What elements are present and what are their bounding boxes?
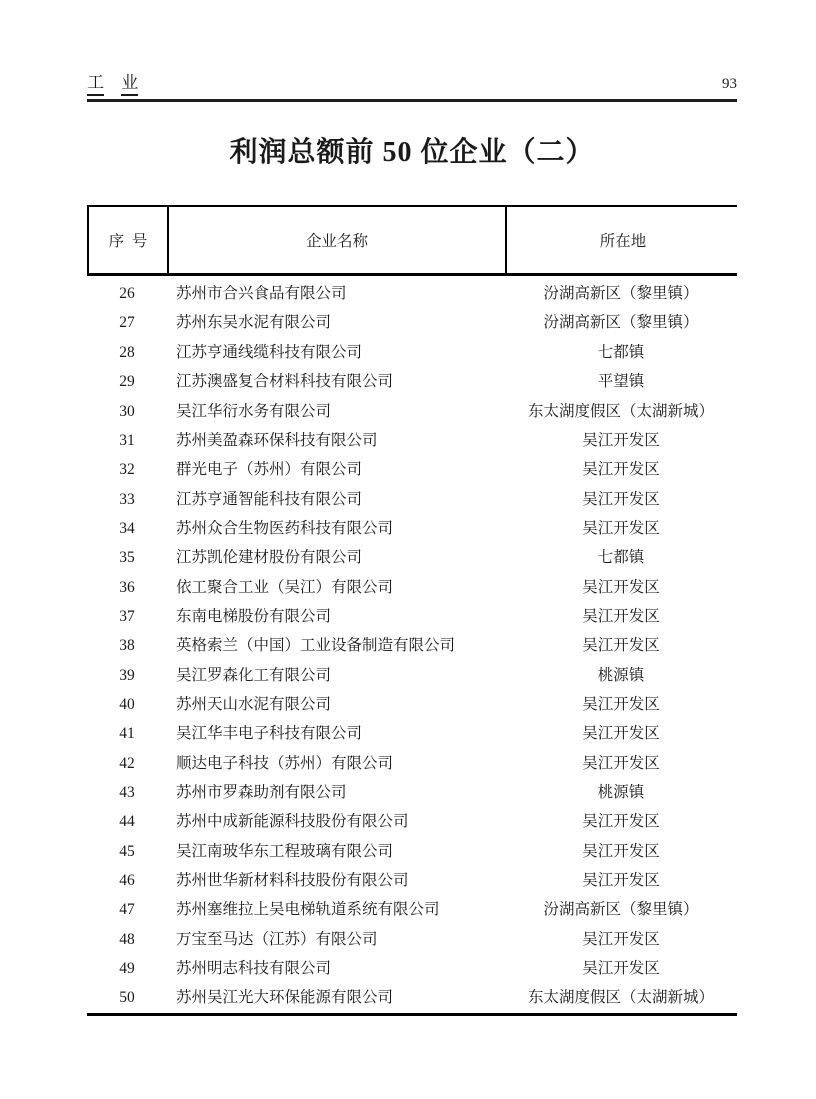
company-name: 顺达电子科技（苏州）有限公司 xyxy=(167,755,505,772)
table-row: 34 苏州众合生物医药科技有限公司 吴江开发区 xyxy=(87,514,737,543)
row-number: 35 xyxy=(87,549,167,566)
table-row: 36 依工聚合工业（吴江）有限公司 吴江开发区 xyxy=(87,572,737,601)
table-row: 27 苏州东吴水泥有限公司 汾湖高新区（黎里镇） xyxy=(87,308,737,337)
company-location: 吴江开发区 xyxy=(505,608,737,625)
table-row: 41 吴江华丰电子科技有限公司 吴江开发区 xyxy=(87,719,737,748)
row-number: 29 xyxy=(87,373,167,390)
row-number: 31 xyxy=(87,432,167,449)
table-row: 40 苏州天山水泥有限公司 吴江开发区 xyxy=(87,690,737,719)
company-location: 桃源镇 xyxy=(505,667,737,684)
table-row: 48 万宝至马达（江苏）有限公司 吴江开发区 xyxy=(87,925,737,954)
row-number: 41 xyxy=(87,725,167,742)
company-name: 苏州天山水泥有限公司 xyxy=(167,696,505,713)
table-row: 32 群光电子（苏州）有限公司 吴江开发区 xyxy=(87,455,737,484)
company-name: 群光电子（苏州）有限公司 xyxy=(167,461,505,478)
table-row: 45 吴江南玻华东工程玻璃有限公司 吴江开发区 xyxy=(87,837,737,866)
row-number: 44 xyxy=(87,813,167,830)
row-number: 45 xyxy=(87,843,167,860)
row-number: 48 xyxy=(87,931,167,948)
company-name: 东南电梯股份有限公司 xyxy=(167,608,505,625)
row-number: 38 xyxy=(87,637,167,654)
header-rule xyxy=(87,99,737,102)
table-row: 50 苏州吴江光大环保能源有限公司 东太湖度假区（太湖新城） xyxy=(87,983,737,1012)
company-location: 平望镇 xyxy=(505,373,737,390)
row-number: 50 xyxy=(87,989,167,1006)
column-header-enterprise-name: 企业名称 xyxy=(169,207,507,273)
table-body: 26 苏州市合兴食品有限公司 汾湖高新区（黎里镇） 27 苏州东吴水泥有限公司 … xyxy=(87,276,737,1016)
company-location: 吴江开发区 xyxy=(505,872,737,889)
row-number: 26 xyxy=(87,285,167,302)
company-location: 吴江开发区 xyxy=(505,843,737,860)
row-number: 43 xyxy=(87,784,167,801)
company-location: 吴江开发区 xyxy=(505,755,737,772)
section-title-char: 工 xyxy=(87,74,104,96)
section-title: 工 业 xyxy=(87,73,138,96)
row-number: 33 xyxy=(87,491,167,508)
table-row: 37 东南电梯股份有限公司 吴江开发区 xyxy=(87,602,737,631)
row-number: 46 xyxy=(87,872,167,889)
row-number: 34 xyxy=(87,520,167,537)
table-row: 46 苏州世华新材料科技股份有限公司 吴江开发区 xyxy=(87,866,737,895)
company-name: 苏州塞维拉上吴电梯轨道系统有限公司 xyxy=(167,901,505,918)
table-row: 39 吴江罗森化工有限公司 桃源镇 xyxy=(87,660,737,689)
section-title-char: 业 xyxy=(121,74,138,96)
table-row: 29 江苏澳盛复合材料科技有限公司 平望镇 xyxy=(87,367,737,396)
company-location: 桃源镇 xyxy=(505,784,737,801)
row-number: 40 xyxy=(87,696,167,713)
column-header-number: 序 号 xyxy=(89,207,169,273)
company-name: 苏州中成新能源科技股份有限公司 xyxy=(167,813,505,830)
company-name: 苏州市罗森助剂有限公司 xyxy=(167,784,505,801)
company-location: 汾湖高新区（黎里镇） xyxy=(505,901,737,918)
company-name: 英格索兰（中国）工业设备制造有限公司 xyxy=(167,637,505,654)
row-number: 39 xyxy=(87,667,167,684)
enterprise-table: 序 号 企业名称 所在地 26 苏州市合兴食品有限公司 汾湖高新区（黎里镇） 2… xyxy=(87,205,737,1016)
row-number: 30 xyxy=(87,403,167,420)
company-location: 东太湖度假区（太湖新城） xyxy=(505,403,737,420)
table-row: 31 苏州美盈森环保科技有限公司 吴江开发区 xyxy=(87,426,737,455)
row-number: 27 xyxy=(87,314,167,331)
table-header: 序 号 企业名称 所在地 xyxy=(87,205,737,276)
company-location: 七都镇 xyxy=(505,549,737,566)
company-name: 苏州众合生物医药科技有限公司 xyxy=(167,520,505,537)
company-location: 吴江开发区 xyxy=(505,520,737,537)
company-name: 江苏亨通线缆科技有限公司 xyxy=(167,344,505,361)
column-header-location: 所在地 xyxy=(507,207,739,273)
company-location: 吴江开发区 xyxy=(505,637,737,654)
page-title: 利润总额前 50 位企业（二） xyxy=(87,135,737,170)
document-page: 工 业 93 利润总额前 50 位企业（二） 序 号 企业名称 所在地 26 苏… xyxy=(0,0,816,1099)
table-row: 42 顺达电子科技（苏州）有限公司 吴江开发区 xyxy=(87,749,737,778)
table-row: 26 苏州市合兴食品有限公司 汾湖高新区（黎里镇） xyxy=(87,279,737,308)
company-location: 汾湖高新区（黎里镇） xyxy=(505,285,737,302)
company-name: 苏州市合兴食品有限公司 xyxy=(167,285,505,302)
table-row: 43 苏州市罗森助剂有限公司 桃源镇 xyxy=(87,778,737,807)
company-name: 吴江华衍水务有限公司 xyxy=(167,403,505,420)
company-name: 吴江南玻华东工程玻璃有限公司 xyxy=(167,843,505,860)
company-name: 苏州世华新材料科技股份有限公司 xyxy=(167,872,505,889)
company-name: 吴江罗森化工有限公司 xyxy=(167,667,505,684)
company-name: 苏州东吴水泥有限公司 xyxy=(167,314,505,331)
row-number: 37 xyxy=(87,608,167,625)
company-name: 依工聚合工业（吴江）有限公司 xyxy=(167,579,505,596)
row-number: 28 xyxy=(87,344,167,361)
company-name: 苏州美盈森环保科技有限公司 xyxy=(167,432,505,449)
row-number: 32 xyxy=(87,461,167,478)
row-number: 36 xyxy=(87,579,167,596)
company-name: 江苏亨通智能科技有限公司 xyxy=(167,491,505,508)
table-row: 30 吴江华衍水务有限公司 东太湖度假区（太湖新城） xyxy=(87,396,737,425)
company-name: 江苏澳盛复合材料科技有限公司 xyxy=(167,373,505,390)
table-row: 47 苏州塞维拉上吴电梯轨道系统有限公司 汾湖高新区（黎里镇） xyxy=(87,895,737,924)
page-number: 93 xyxy=(722,76,737,93)
company-location: 七都镇 xyxy=(505,344,737,361)
table-row: 33 江苏亨通智能科技有限公司 吴江开发区 xyxy=(87,484,737,513)
table-row: 49 苏州明志科技有限公司 吴江开发区 xyxy=(87,954,737,983)
row-number: 42 xyxy=(87,755,167,772)
company-location: 吴江开发区 xyxy=(505,461,737,478)
company-location: 吴江开发区 xyxy=(505,491,737,508)
company-location: 东太湖度假区（太湖新城） xyxy=(505,989,737,1006)
company-name: 万宝至马达（江苏）有限公司 xyxy=(167,931,505,948)
company-name: 江苏凯伦建材股份有限公司 xyxy=(167,549,505,566)
table-row: 28 江苏亨通线缆科技有限公司 七都镇 xyxy=(87,338,737,367)
row-number: 49 xyxy=(87,960,167,977)
company-location: 吴江开发区 xyxy=(505,931,737,948)
company-location: 吴江开发区 xyxy=(505,432,737,449)
company-location: 吴江开发区 xyxy=(505,579,737,596)
company-name: 苏州吴江光大环保能源有限公司 xyxy=(167,989,505,1006)
running-header: 工 业 93 xyxy=(87,73,737,96)
company-name: 苏州明志科技有限公司 xyxy=(167,960,505,977)
company-location: 吴江开发区 xyxy=(505,813,737,830)
table-row: 38 英格索兰（中国）工业设备制造有限公司 吴江开发区 xyxy=(87,631,737,660)
company-location: 汾湖高新区（黎里镇） xyxy=(505,314,737,331)
row-number: 47 xyxy=(87,901,167,918)
table-row: 44 苏州中成新能源科技股份有限公司 吴江开发区 xyxy=(87,807,737,836)
company-name: 吴江华丰电子科技有限公司 xyxy=(167,725,505,742)
table-row: 35 江苏凯伦建材股份有限公司 七都镇 xyxy=(87,543,737,572)
company-location: 吴江开发区 xyxy=(505,696,737,713)
company-location: 吴江开发区 xyxy=(505,725,737,742)
company-location: 吴江开发区 xyxy=(505,960,737,977)
